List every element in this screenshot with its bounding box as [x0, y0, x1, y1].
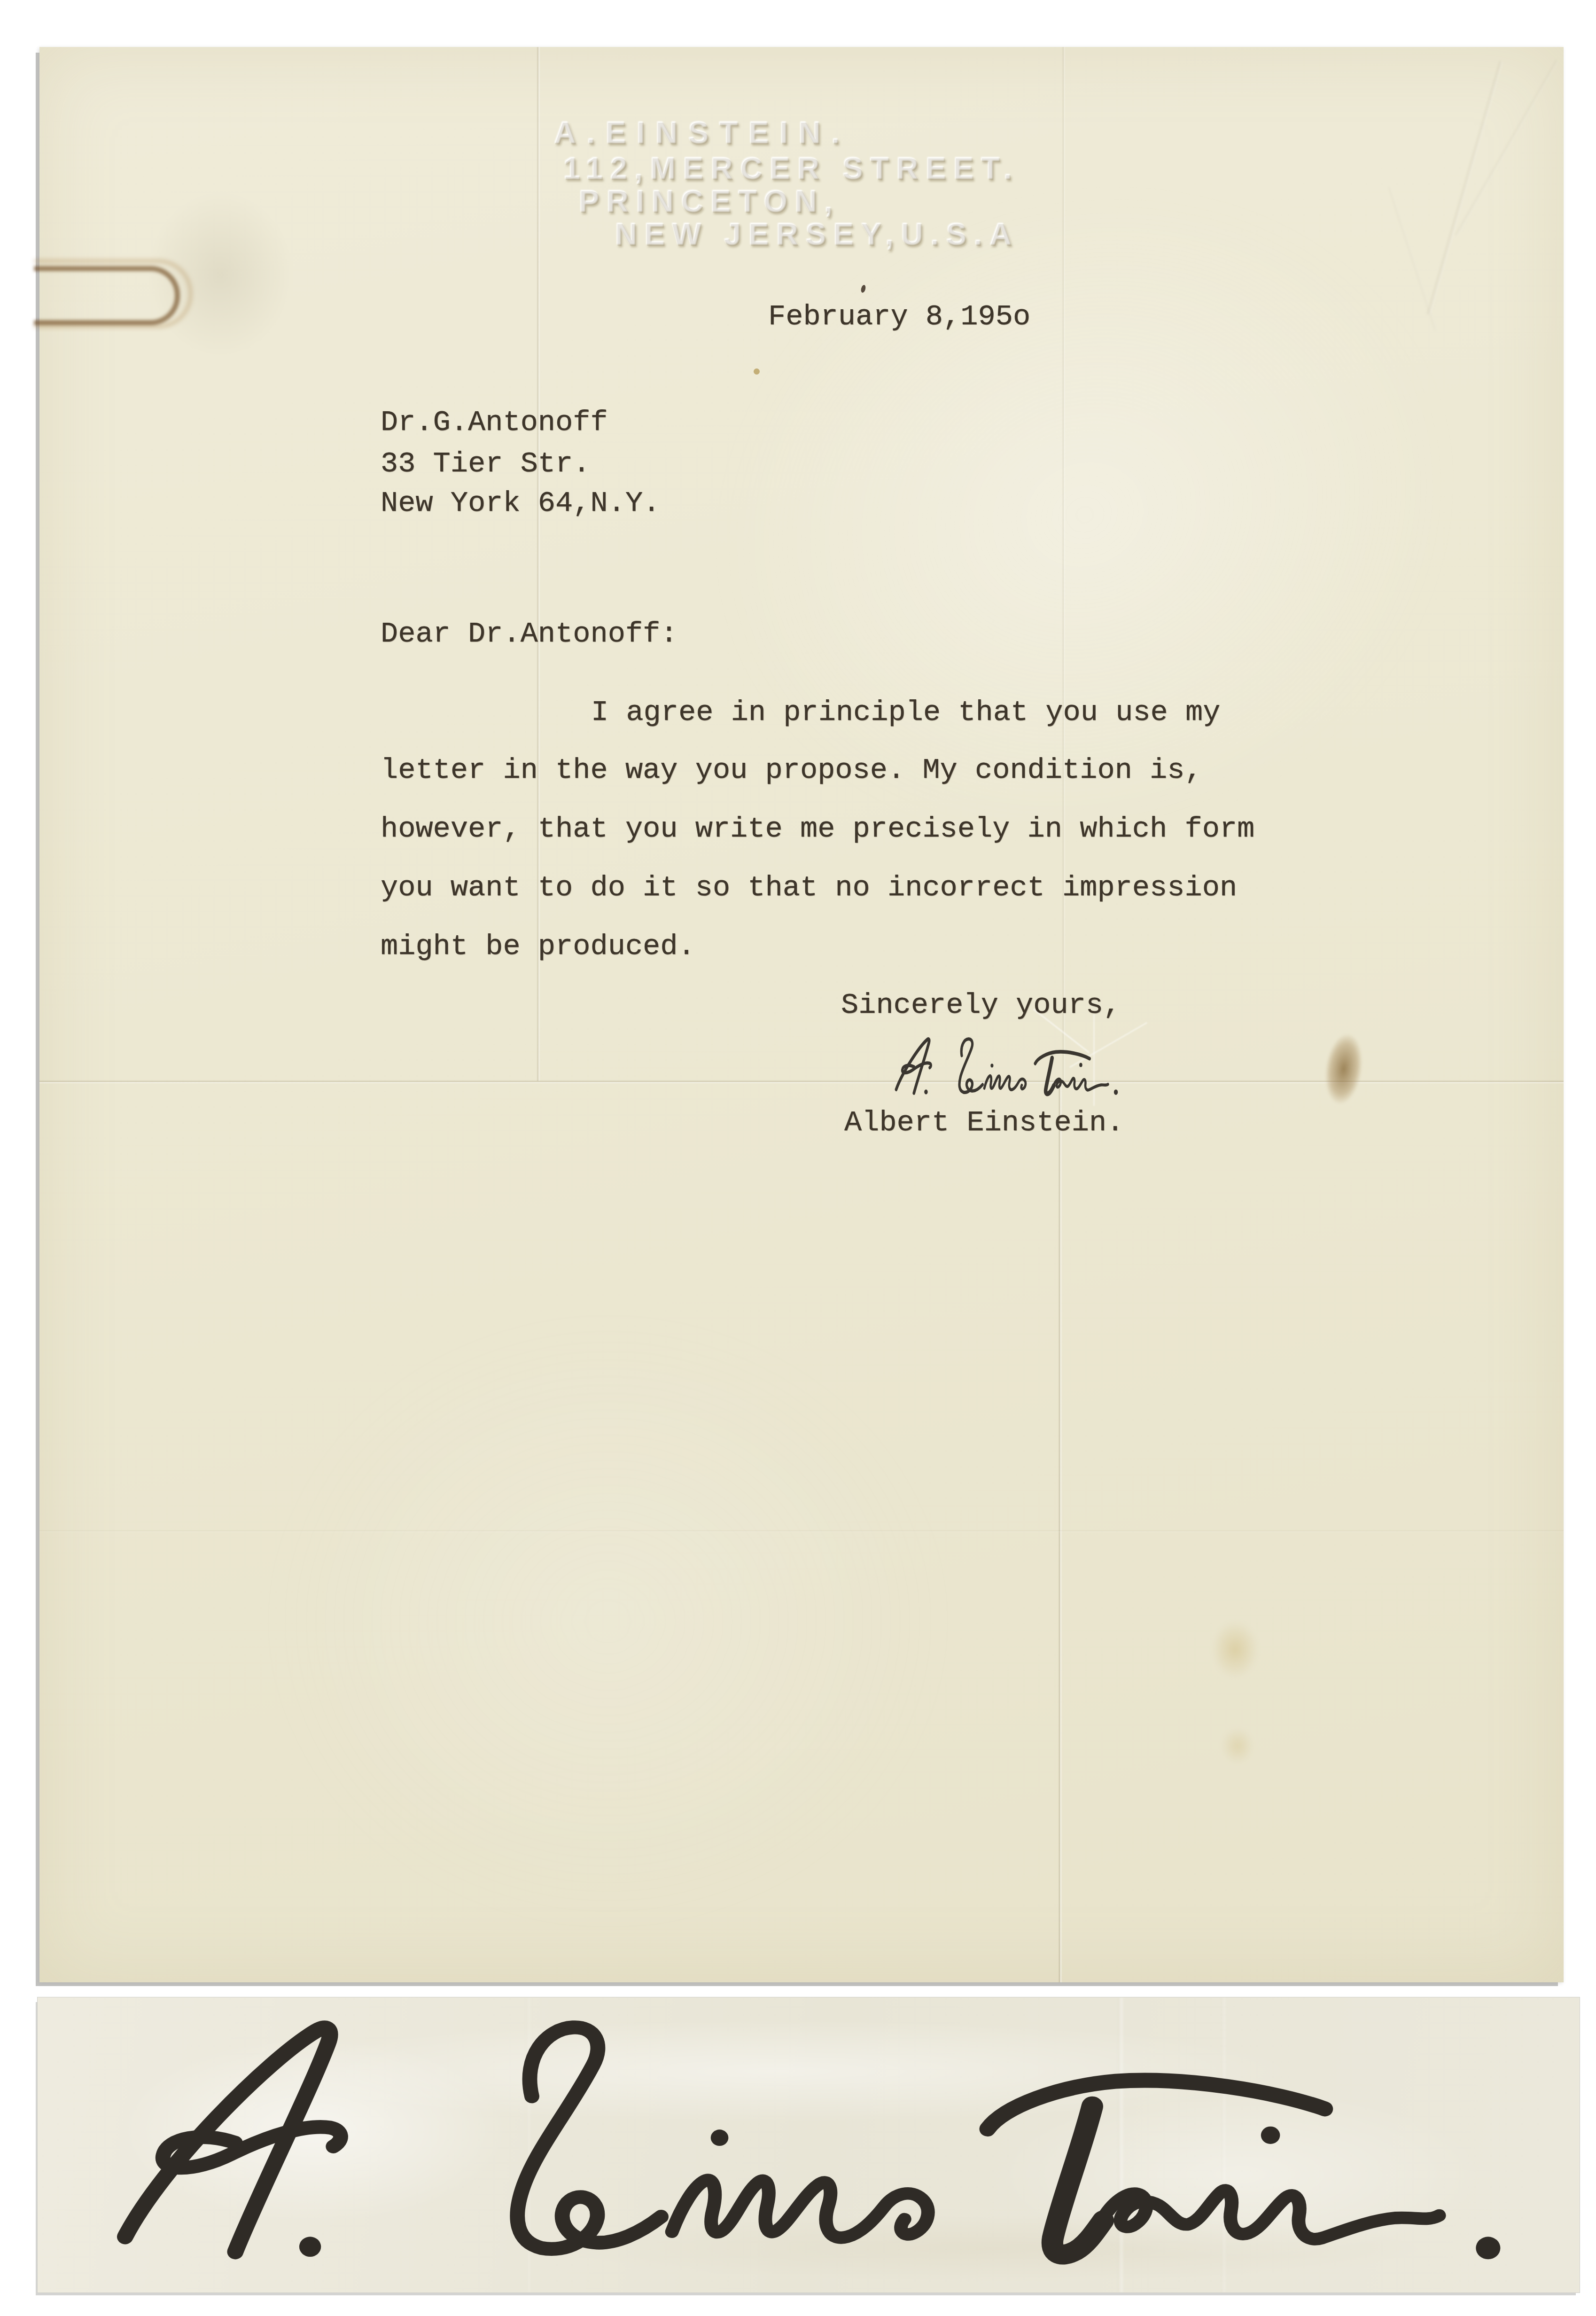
- paper-speck: [754, 368, 760, 375]
- letterhead-street: 112,MERCER STREET.: [564, 154, 1020, 185]
- fold-crease-vertical-left: [537, 47, 540, 1081]
- scanned-letter-page: A.EINSTEIN. 112,MERCER STREET. PRINCETON…: [0, 0, 1596, 2316]
- body-line-4: you want to do it so that no incorrect i…: [381, 873, 1237, 902]
- salutation: Dear Dr.Antonoff:: [381, 619, 678, 649]
- paper-sheen: [162, 1222, 1054, 2021]
- recipient-name: Dr.G.Antonoff: [381, 408, 608, 437]
- letterhead-name: A.EINSTEIN.: [554, 118, 851, 149]
- closing-line: Sincerely yours,: [841, 991, 1121, 1020]
- recipient-street: 33 Tier Str.: [381, 449, 590, 478]
- body-line-2: letter in the way you propose. My condit…: [381, 756, 1202, 785]
- signature-crop: [38, 1997, 1580, 2293]
- corner-wrinkle: [1455, 60, 1558, 236]
- yellow-stain: [1205, 1612, 1266, 1687]
- letter-photograph: A.EINSTEIN. 112,MERCER STREET. PRINCETON…: [39, 47, 1564, 1982]
- typed-signature-name: Albert Einstein.: [844, 1108, 1124, 1137]
- letterhead-city: PRINCETON,: [579, 187, 841, 218]
- brown-ink-stain: [1314, 1020, 1373, 1118]
- einstein-signature-script-magnified: [103, 2016, 1532, 2279]
- body-line-3: however, that you write me precisely in …: [381, 814, 1254, 844]
- body-line-5: might be produced.: [381, 932, 695, 961]
- letterhead-state: NEW JERSEY,U.S.A: [615, 219, 1020, 250]
- date-line: February 8,195o: [768, 302, 1030, 331]
- fold-crease-vertical-right-lower: [1058, 1081, 1062, 1982]
- yellow-stain: [1216, 1722, 1259, 1769]
- recipient-city: New York 64,N.Y.: [381, 489, 660, 518]
- einstein-signature-script: [893, 1036, 1123, 1100]
- paperclip-rust-stain: [34, 266, 180, 325]
- body-line-1: I agree in principle that you use my: [591, 698, 1220, 727]
